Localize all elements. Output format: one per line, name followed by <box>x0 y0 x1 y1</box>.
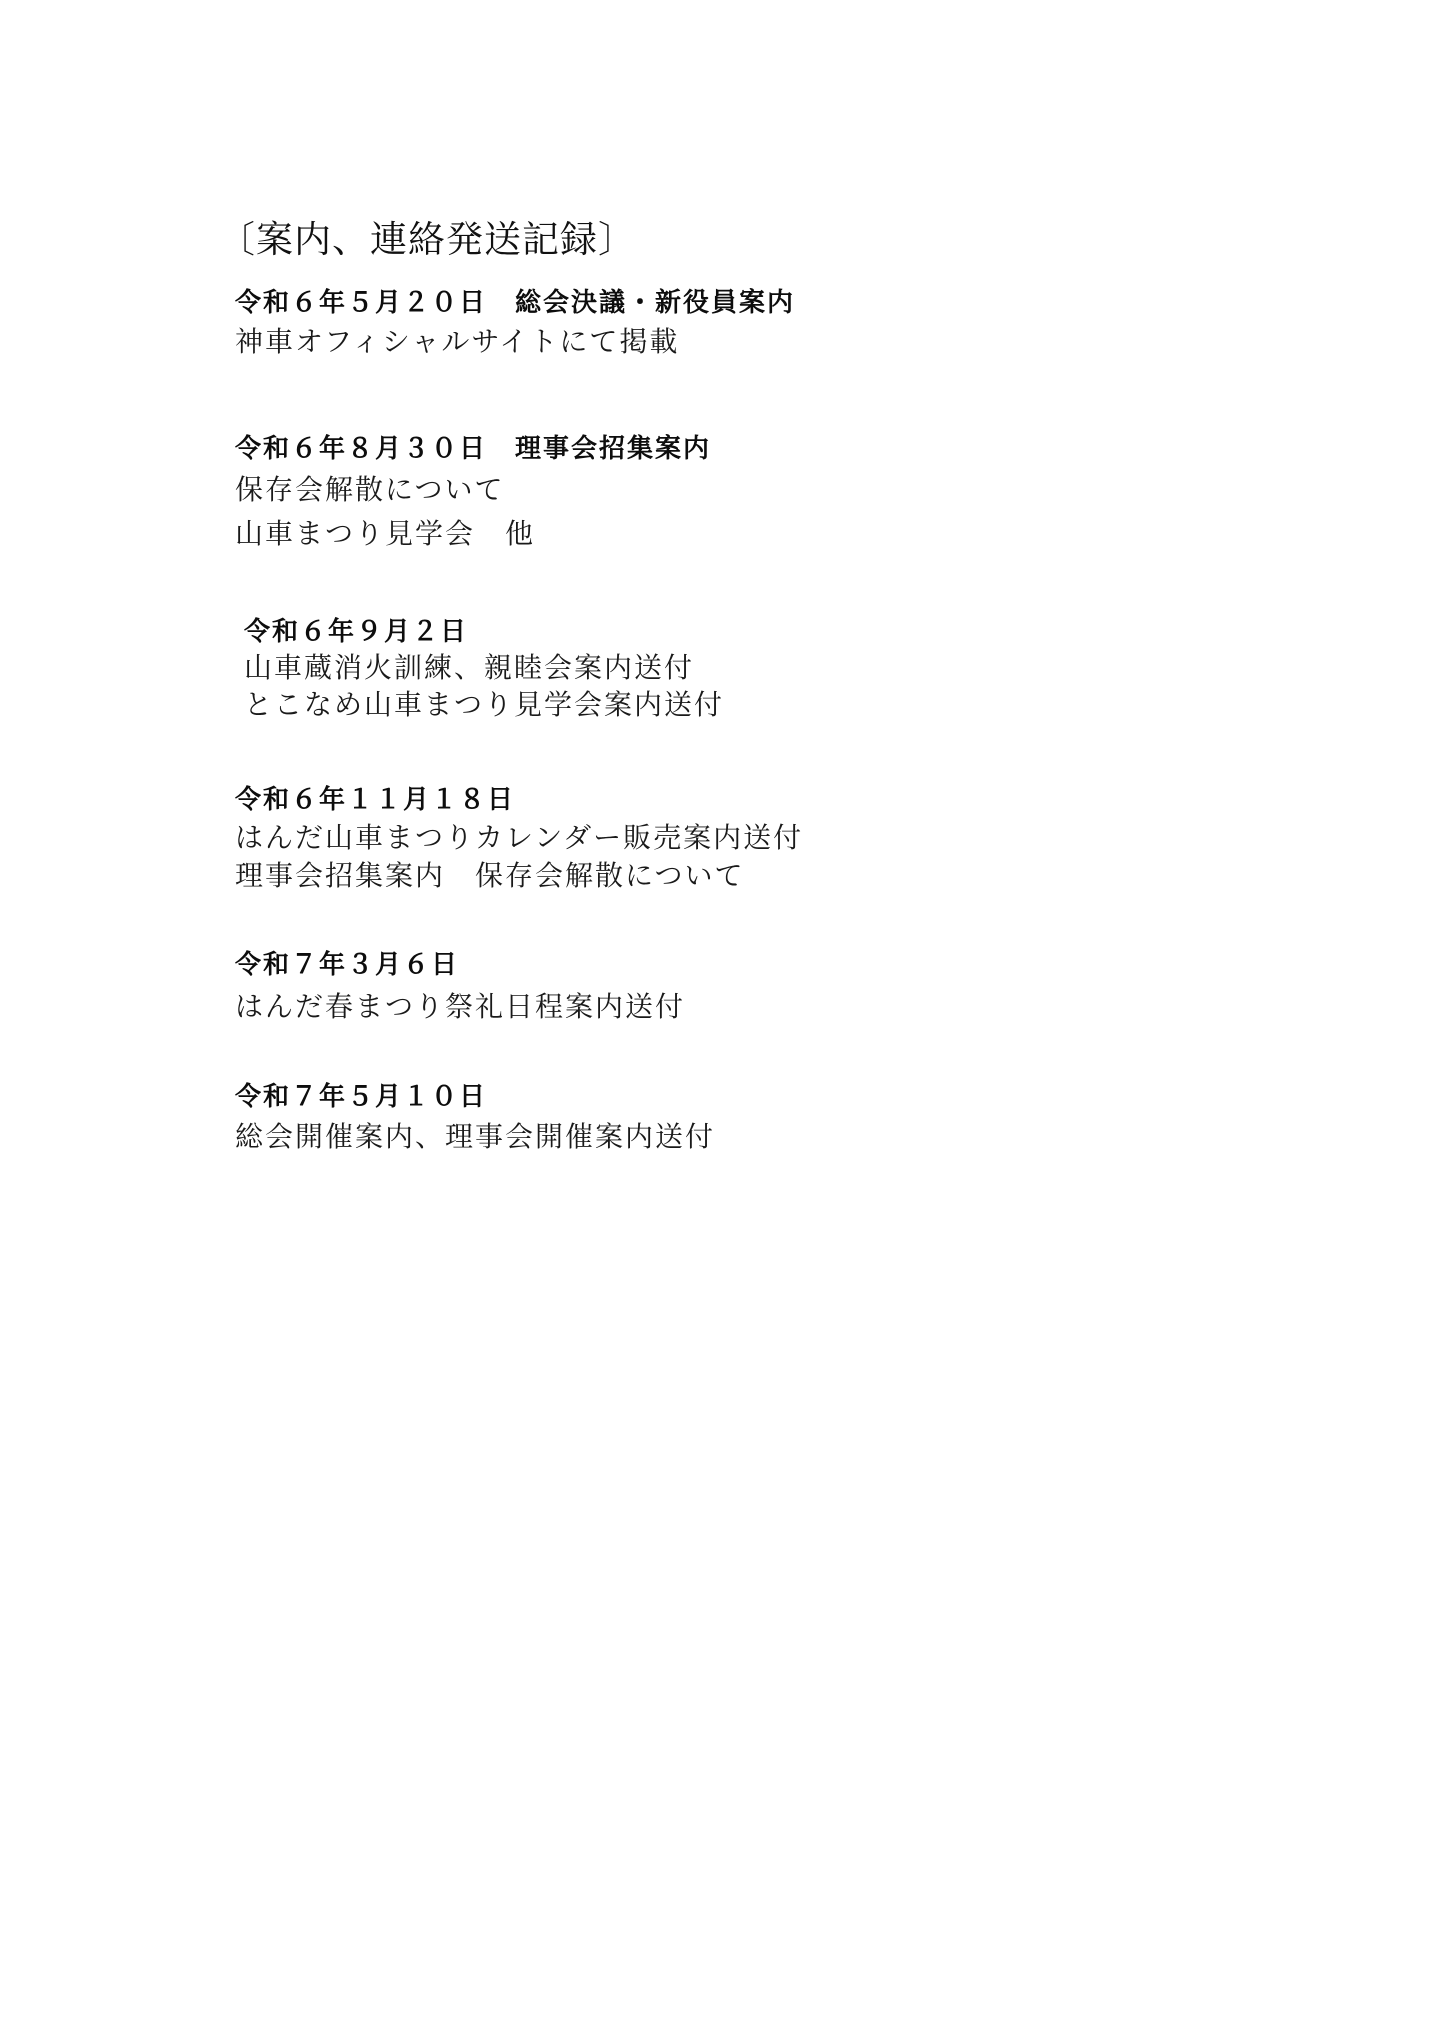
entry-date-heading: 令和６年８月３０日 理事会招集案内 <box>235 434 711 464</box>
entry-detail-line: 総会開催案内、理事会開催案内送付 <box>235 1121 715 1153</box>
entry-date-heading: 令和７年３月６日 <box>235 950 459 980</box>
entry-date-heading: 令和６年９月２日 <box>244 617 468 647</box>
entry-date-heading: 令和６年１１月１８日 <box>235 785 515 815</box>
entry-date-heading: 令和６年５月２０日 総会決議・新役員案内 <box>235 288 795 318</box>
entry-date-heading: 令和７年５月１０日 <box>235 1082 487 1112</box>
entry-detail-line: 保存会解散について <box>235 474 504 506</box>
entry-detail-line: 理事会招集案内 保存会解散について <box>235 860 744 892</box>
entry-detail-line: 山車蔵消火訓練、親睦会案内送付 <box>244 652 694 684</box>
entry-detail-line: 山車まつり見学会 他 <box>235 518 535 550</box>
entry-detail-line: 神車オフィシャルサイトにて掲載 <box>235 326 679 358</box>
entry-detail-line: とこなめ山車まつり見学会案内送付 <box>244 689 724 721</box>
document-page: 〔案内、連絡発送記録〕 令和６年５月２０日 総会決議・新役員案内 神車オフィシャ… <box>0 0 1440 2036</box>
document-title: 〔案内、連絡発送記録〕 <box>218 218 636 262</box>
entry-detail-line: はんだ春まつり祭礼日程案内送付 <box>235 991 685 1023</box>
entry-detail-line: はんだ山車まつりカレンダー販売案内送付 <box>235 822 803 854</box>
